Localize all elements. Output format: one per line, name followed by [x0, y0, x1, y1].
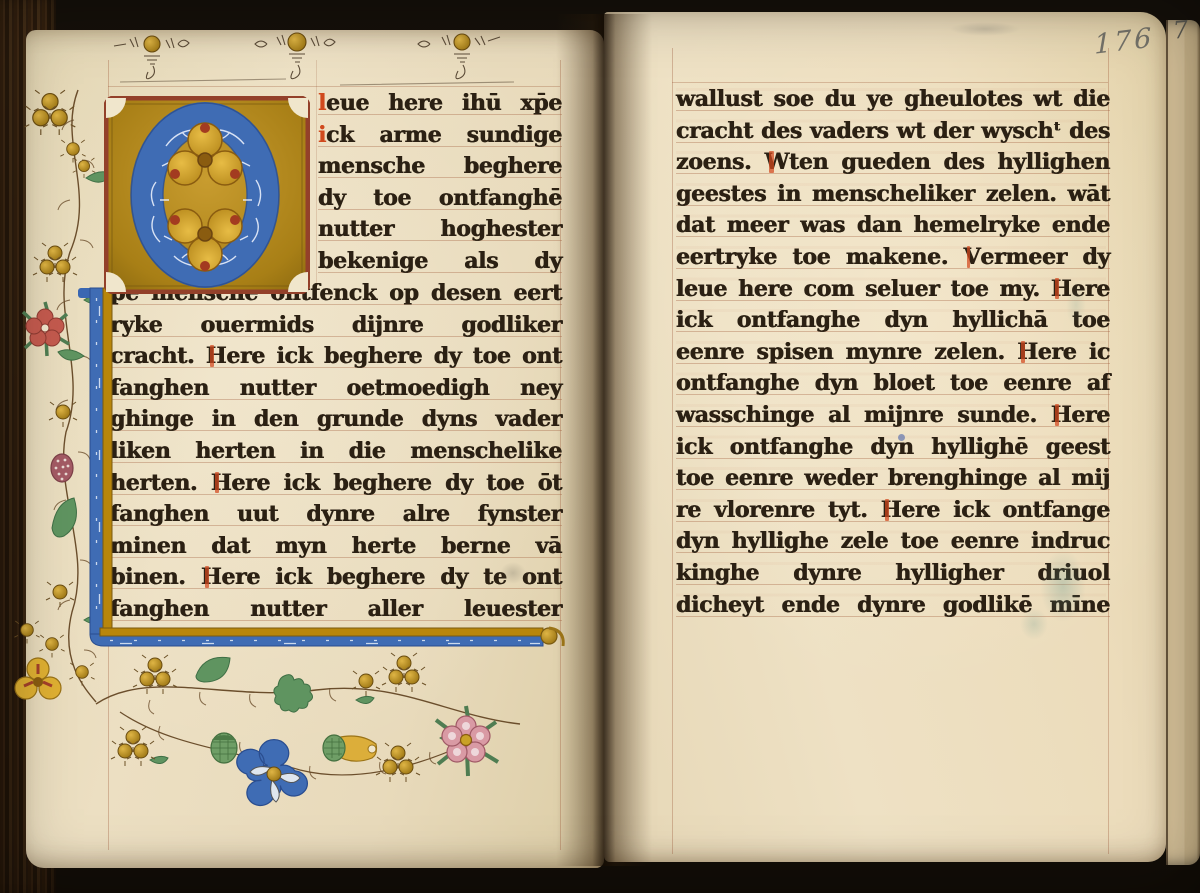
- text-line: ick ontfanghe dyn hyllichā toe: [676, 305, 1110, 337]
- next-folio-number: 7: [1172, 15, 1190, 44]
- red-touched-capital: H: [211, 470, 232, 496]
- text-line: dy toe ontfanghē: [318, 183, 562, 215]
- rubricated-letter: l: [318, 90, 326, 116]
- left-page-text-beside-initial: leue here ihū xp̄eick arme sundigemensch…: [318, 88, 562, 278]
- ruling-line: [316, 60, 317, 288]
- text-line: nutter hoghester: [318, 214, 562, 246]
- text-line: geestes in menscheliker zelen. wāt: [676, 179, 1110, 211]
- text-line: re vlorenre tyt. Here ick ontfange: [676, 495, 1110, 527]
- text-line: leue here com seluer toe my. Here: [676, 274, 1110, 306]
- text-line: kinghe dynre hylligher driuol: [676, 558, 1110, 590]
- text-line: eenre spisen mynre zelen. Here ic: [676, 337, 1110, 369]
- text-line: dyn hyllighe zele toe eenre indruc: [676, 526, 1110, 558]
- text-line: minen dat myn herte berne vā: [110, 531, 562, 563]
- text-line: ghinge in den grunde dyns vader: [110, 404, 562, 436]
- red-touched-capital: W: [765, 149, 789, 175]
- text-line: binen. Here ick beghere dy te ont: [110, 562, 562, 594]
- text-line: bekenige als dy: [318, 246, 562, 278]
- text-line: wasschinge al mijnre sunde. Here: [676, 400, 1110, 432]
- text-line: dat meer was dan hemelryke ende: [676, 210, 1110, 242]
- ruling-line: [672, 82, 1108, 83]
- red-touched-capital: H: [206, 343, 227, 369]
- red-touched-capital: H: [1017, 339, 1038, 365]
- text-line: eertryke toe makene. Vermeer dy: [676, 242, 1110, 274]
- text-line: zoens. Wten gueden des hyllighen: [676, 147, 1110, 179]
- red-touched-capital: V: [964, 244, 981, 270]
- left-page-text-column: pe mensche ontfenck op desen eertryke ou…: [110, 278, 562, 626]
- text-line: fanghen uut dynre alre fynster: [110, 499, 562, 531]
- red-touched-capital: H: [1051, 276, 1072, 302]
- text-line: ontfanghe dyn bloet toe eenre af: [676, 368, 1110, 400]
- red-touched-capital: H: [1051, 402, 1072, 428]
- text-line: cracht. Here ick beghere dy toe ont: [110, 341, 562, 373]
- red-touched-capital: H: [201, 564, 222, 590]
- text-line: toe eenre weder brenghinge al mij: [676, 463, 1110, 495]
- text-line: mensche beghere: [318, 151, 562, 183]
- rubricated-letter: i: [318, 122, 326, 148]
- text-line: ryke ouermids dijnre godliker: [110, 310, 562, 342]
- text-line: wallust soe du ye gheulotes wt die: [676, 84, 1110, 116]
- text-line: liken herten in die menschelike: [110, 436, 562, 468]
- text-line: ick arme sundige: [318, 120, 562, 152]
- illuminated-initial-O: [104, 96, 310, 294]
- text-line: ick ontfanghe dyn hyllighē geest: [676, 432, 1110, 464]
- red-touched-capital: H: [881, 497, 902, 523]
- right-page-text-column: wallust soe du ye gheulotes wt diecracht…: [676, 84, 1110, 621]
- text-line: cracht des vaders wt der wyschᵗ des: [676, 116, 1110, 148]
- ruling-line: [108, 86, 560, 87]
- manuscript-photo: { "page": { "folio_number": "176", "edge…: [0, 0, 1200, 893]
- next-folio-edge: [1166, 20, 1200, 865]
- text-line: dicheyt ende dynre godlikē mīne: [676, 590, 1110, 622]
- text-line: fanghen nutter oetmoedigh ney: [110, 373, 562, 405]
- text-line: leue here ihū xp̄e: [318, 88, 562, 120]
- ruling-line: [672, 48, 673, 854]
- text-line: herten. Here ick beghere dy toe ōt: [110, 468, 562, 500]
- text-line: fanghen nutter aller leuester: [110, 594, 562, 626]
